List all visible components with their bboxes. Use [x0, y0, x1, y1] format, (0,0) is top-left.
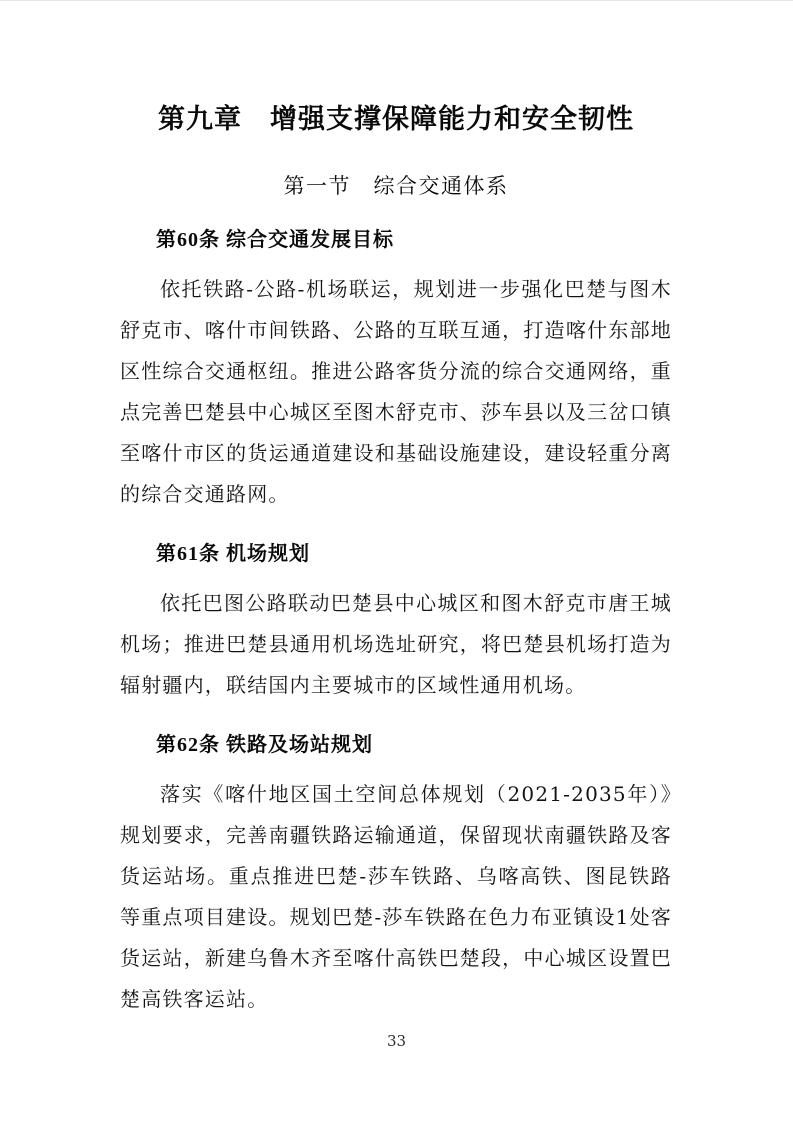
- article-60-heading: 第60条 综合交通发展目标: [156, 227, 672, 253]
- article-62: 第62条 铁路及场站规划 落实《喀什地区国土空间总体规划（2021-2035年）…: [120, 732, 672, 1020]
- article-60: 第60条 综合交通发展目标 依托铁路-公路-机场联运，规划进一步强化巴楚与图木舒…: [120, 227, 672, 515]
- article-61-paragraph: 依托巴图公路联动巴楚县中心城区和图木舒克市唐王城机场；推进巴楚县通用机场选址研究…: [120, 583, 672, 706]
- article-62-heading: 第62条 铁路及场站规划: [156, 732, 672, 758]
- article-61-heading: 第61条 机场规划: [156, 541, 672, 567]
- document-page: 第九章 增强支撑保障能力和安全韧性 第一节 综合交通体系 第60条 综合交通发展…: [0, 0, 793, 1122]
- article-60-paragraph: 依托铁路-公路-机场联运，规划进一步强化巴楚与图木舒克市、喀什市间铁路、公路的互…: [120, 269, 672, 515]
- section-title: 第一节 综合交通体系: [120, 173, 672, 201]
- chapter-title: 第九章 增强支撑保障能力和安全韧性: [120, 101, 672, 137]
- article-62-paragraph: 落实《喀什地区国土空间总体规划（2021-2035年）》规划要求，完善南疆铁路运…: [120, 774, 672, 1020]
- article-61: 第61条 机场规划 依托巴图公路联动巴楚县中心城区和图木舒克市唐王城机场；推进巴…: [120, 541, 672, 706]
- page-number: 33: [0, 1032, 793, 1050]
